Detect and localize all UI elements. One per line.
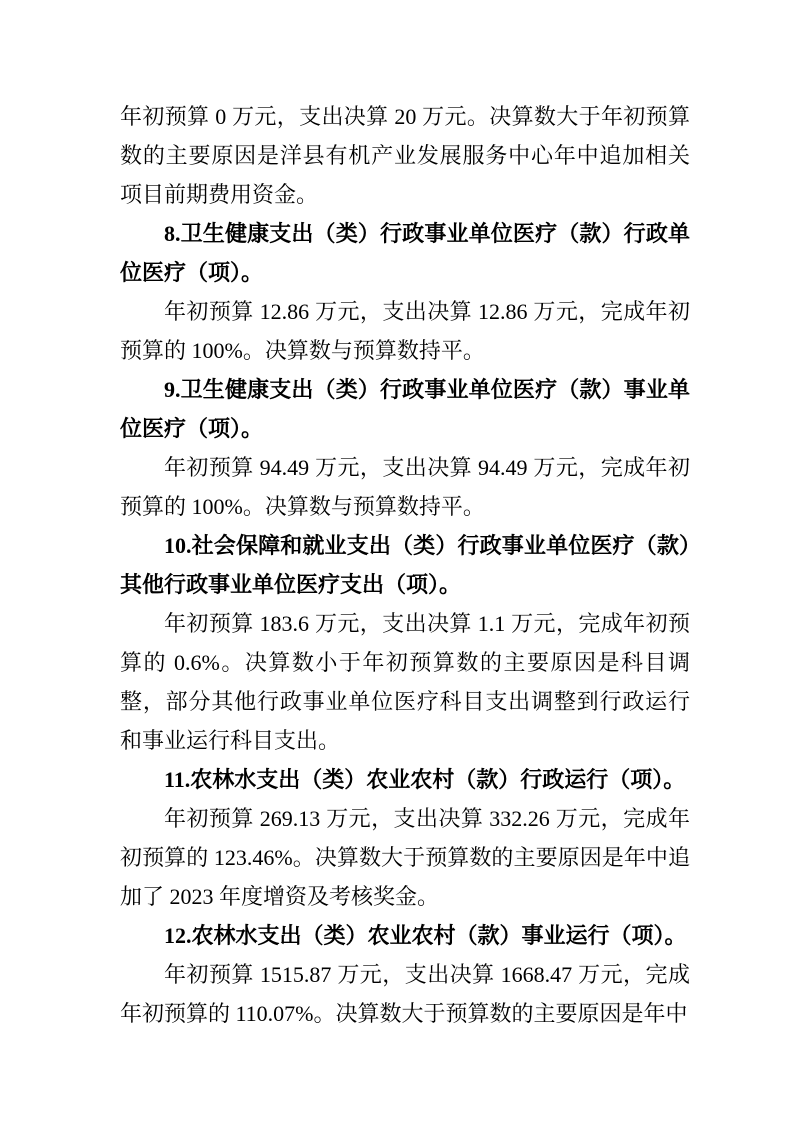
paragraph-item-12-truncated: 年初预算 1515.87 万元，支出决算 1668.47 万元，完成年初预算的 …: [120, 955, 690, 1033]
heading-item-11: 11.农林水支出（类）农业农村（款）行政运行（项）。: [120, 760, 690, 799]
paragraph-continuation-item-7: 年初预算 0 万元，支出决算 20 万元。决算数大于年初预算数的主要原因是洋县有…: [120, 97, 690, 214]
heading-item-9: 9.卫生健康支出（类）行政事业单位医疗（款）事业单位医疗（项）。: [120, 370, 690, 448]
document-text-body: 年初预算 0 万元，支出决算 20 万元。决算数大于年初预算数的主要原因是洋县有…: [120, 97, 690, 1033]
paragraph-item-9: 年初预算 94.49 万元，支出决算 94.49 万元，完成年初预算的 100%…: [120, 448, 690, 526]
document-page: 年初预算 0 万元，支出决算 20 万元。决算数大于年初预算数的主要原因是洋县有…: [0, 0, 793, 1122]
paragraph-item-10: 年初预算 183.6 万元，支出决算 1.1 万元，完成年初预算的 0.6%。决…: [120, 604, 690, 760]
paragraph-item-8: 年初预算 12.86 万元，支出决算 12.86 万元，完成年初预算的 100%…: [120, 292, 690, 370]
heading-item-8: 8.卫生健康支出（类）行政事业单位医疗（款）行政单位医疗（项）。: [120, 214, 690, 292]
heading-item-12: 12.农林水支出（类）农业农村（款）事业运行（项）。: [120, 916, 690, 955]
paragraph-item-11: 年初预算 269.13 万元，支出决算 332.26 万元，完成年初预算的 12…: [120, 799, 690, 916]
heading-item-10: 10.社会保障和就业支出（类）行政事业单位医疗（款）其他行政事业单位医疗支出（项…: [120, 526, 690, 604]
